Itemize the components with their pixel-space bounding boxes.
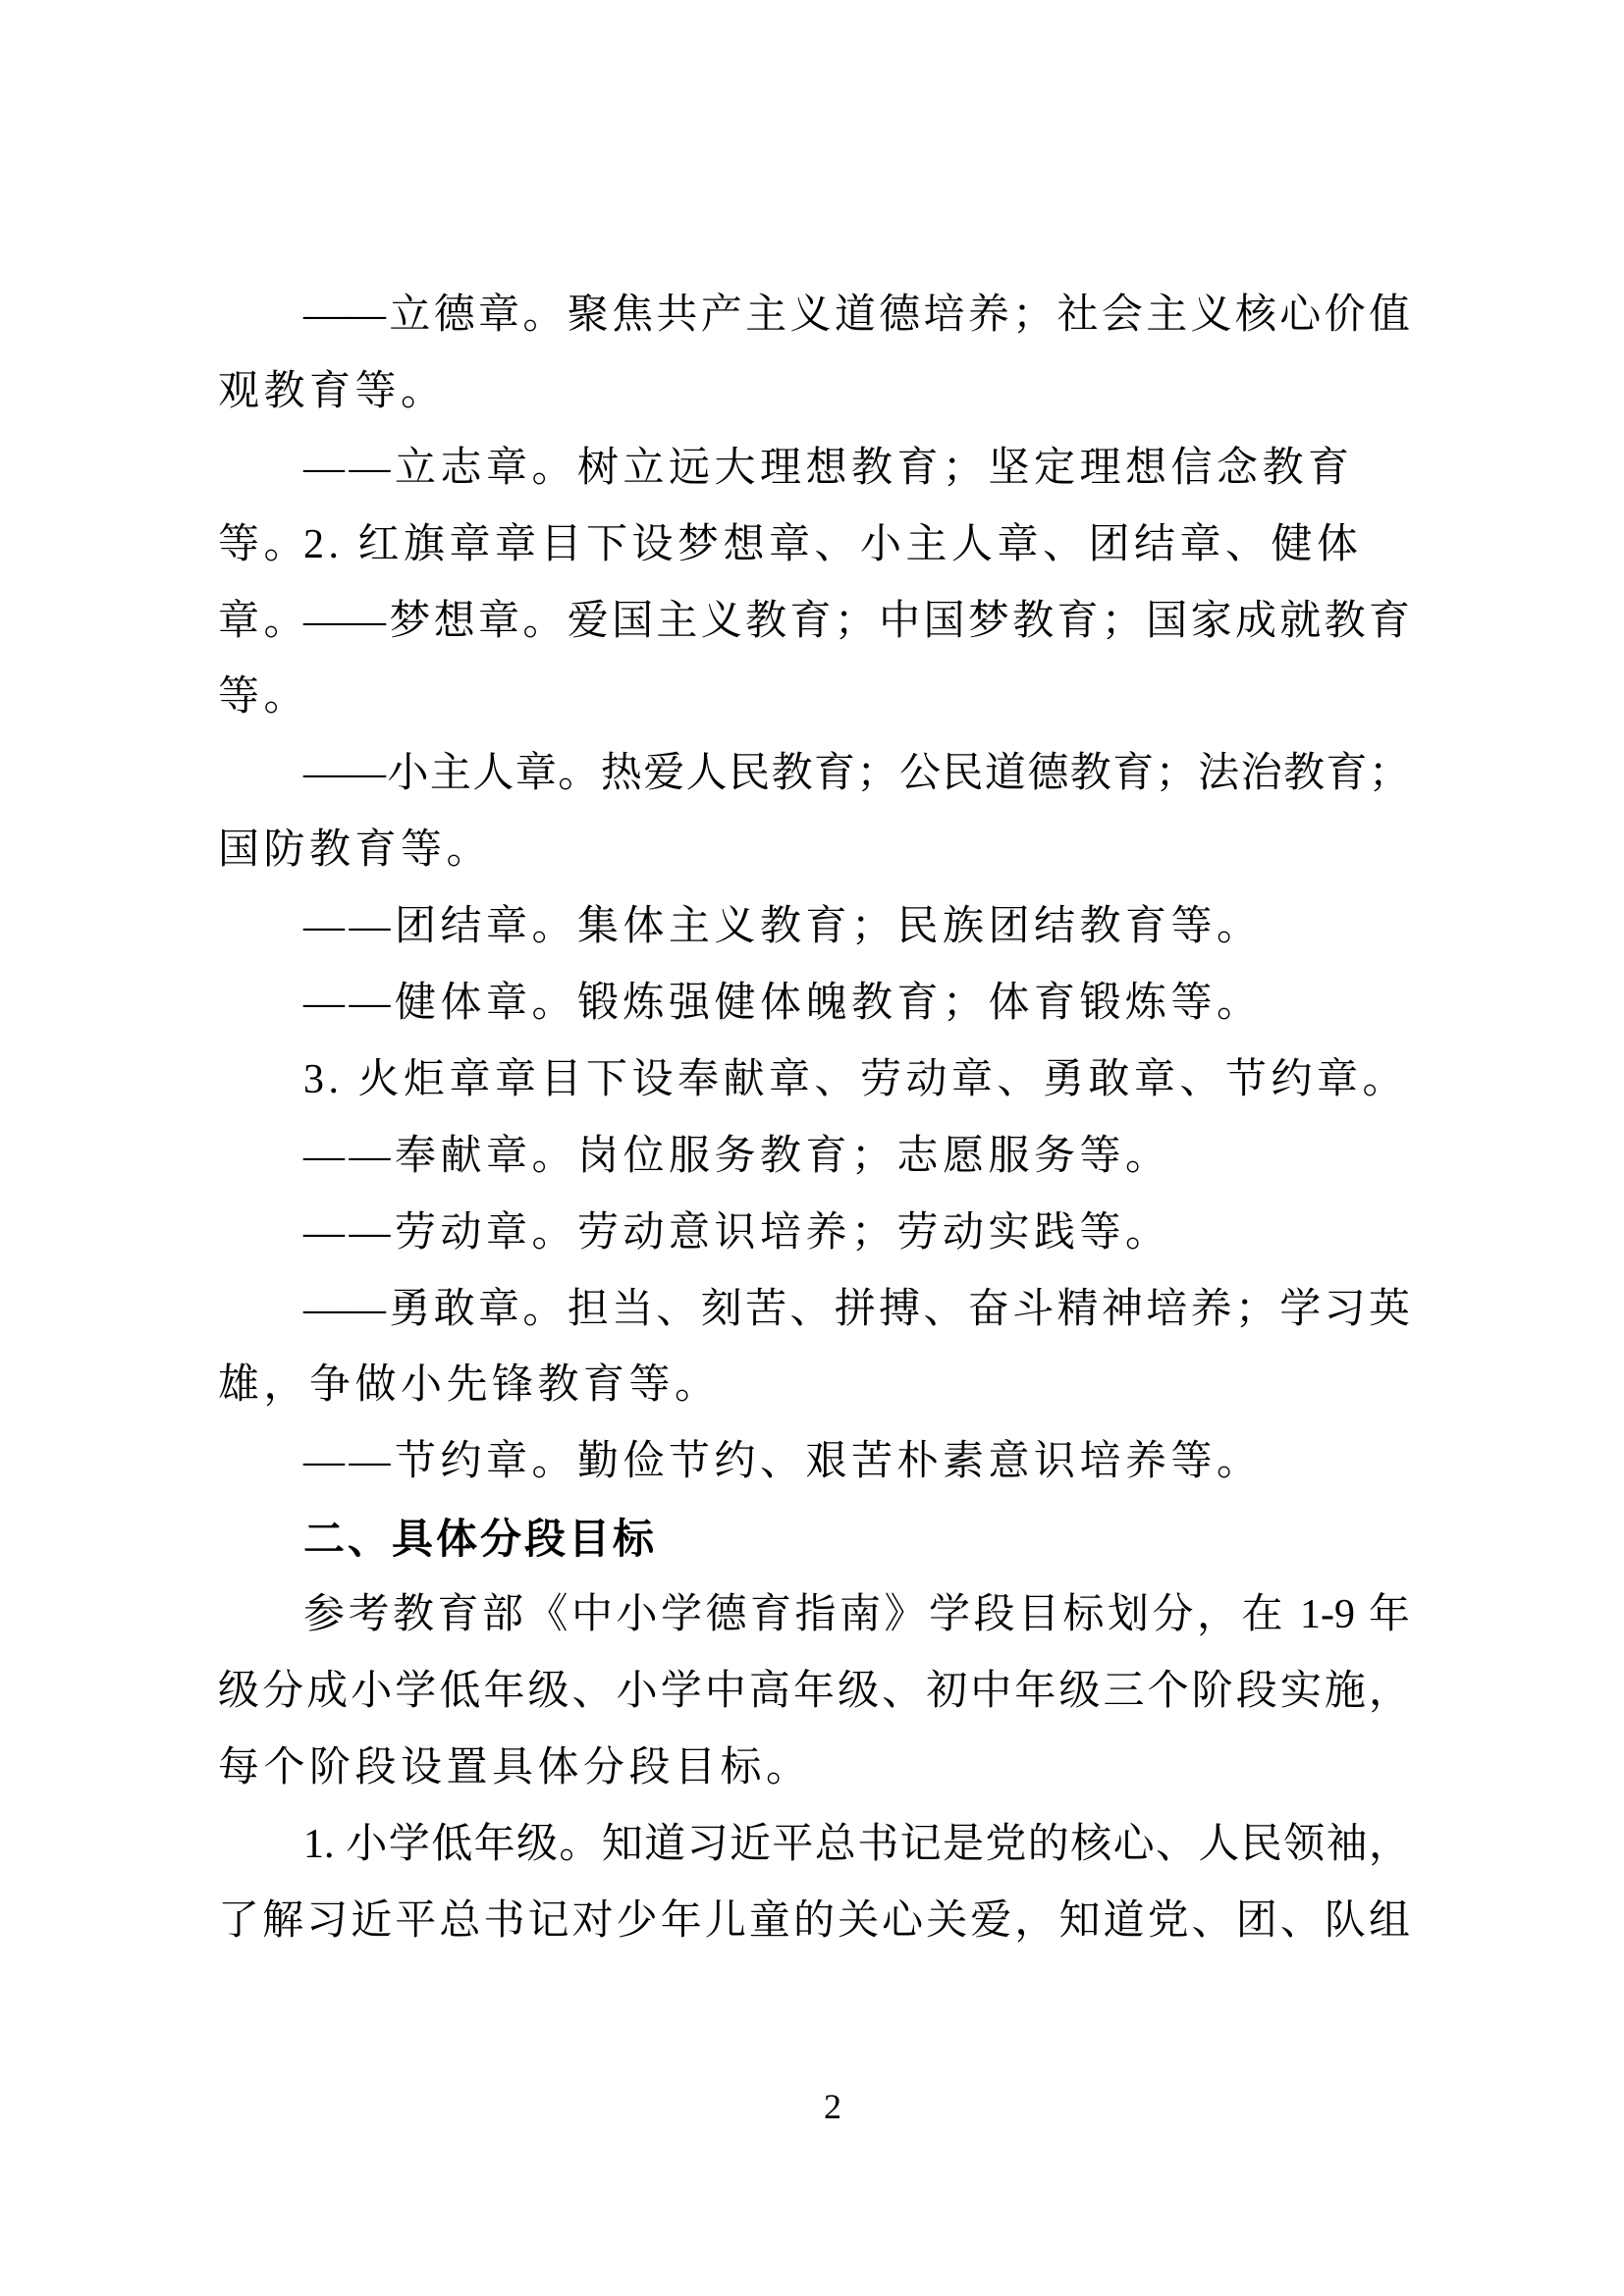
text-line: ——节约章。勤俭节约、艰苦朴素意识培养等。 — [218, 1424, 1410, 1501]
text-line: 了解习近平总书记对少年儿童的关心关爱，知道党、团、队组 — [218, 1884, 1410, 1960]
text-line: 每个阶段设置具体分段目标。 — [218, 1731, 1410, 1807]
text-line: 国防教育等。 — [218, 813, 1410, 889]
text-line: ——奉献章。岗位服务教育；志愿服务等。 — [218, 1119, 1410, 1196]
text-line: 参考教育部《中小学德育指南》学段目标划分，在 1-9 年 — [218, 1577, 1410, 1654]
text-line: 2. 红旗章章目下设梦想章、小主人章、团结章、健体章。 — [218, 507, 1410, 584]
text-line: ——立德章。聚焦共产主义道德培养；社会主义核心价值 — [218, 278, 1410, 354]
page-number: 2 — [803, 2085, 862, 2128]
document-body: ——立德章。聚焦共产主义道德培养；社会主义核心价值观教育等。——立志章。树立远大… — [218, 278, 1410, 1960]
text-line: 等。 — [218, 660, 1410, 736]
text-line: ——梦想章。爱国主义教育；中国梦教育；国家成就教育 — [218, 584, 1410, 661]
document-page: ——立德章。聚焦共产主义道德培养；社会主义核心价值观教育等。——立志章。树立远大… — [0, 0, 1624, 2296]
text-line: ——团结章。集体主义教育；民族团结教育等。 — [218, 889, 1410, 966]
text-line: ——小主人章。热爱人民教育；公民道德教育；法治教育； — [218, 736, 1410, 813]
text-line: 观教育等。 — [218, 354, 1410, 431]
text-line: 3. 火炬章章目下设奉献章、劳动章、勇敢章、节约章。 — [218, 1042, 1410, 1119]
text-line: 雄，争做小先锋教育等。 — [218, 1348, 1410, 1424]
text-line: 级分成小学低年级、小学中高年级、初中年级三个阶段实施， — [218, 1654, 1410, 1731]
text-line: ——勇敢章。担当、刻苦、拼搏、奋斗精神培养；学习英 — [218, 1272, 1410, 1349]
text-line: ——立志章。树立远大理想教育；坚定理想信念教育等。 — [218, 431, 1410, 507]
section-heading: 二、具体分段目标 — [218, 1501, 1410, 1577]
text-line: 1. 小学低年级。知道习近平总书记是党的核心、人民领袖， — [218, 1807, 1410, 1884]
text-line: ——健体章。锻炼强健体魄教育；体育锻炼等。 — [218, 966, 1410, 1042]
text-line: ——劳动章。劳动意识培养；劳动实践等。 — [218, 1196, 1410, 1272]
